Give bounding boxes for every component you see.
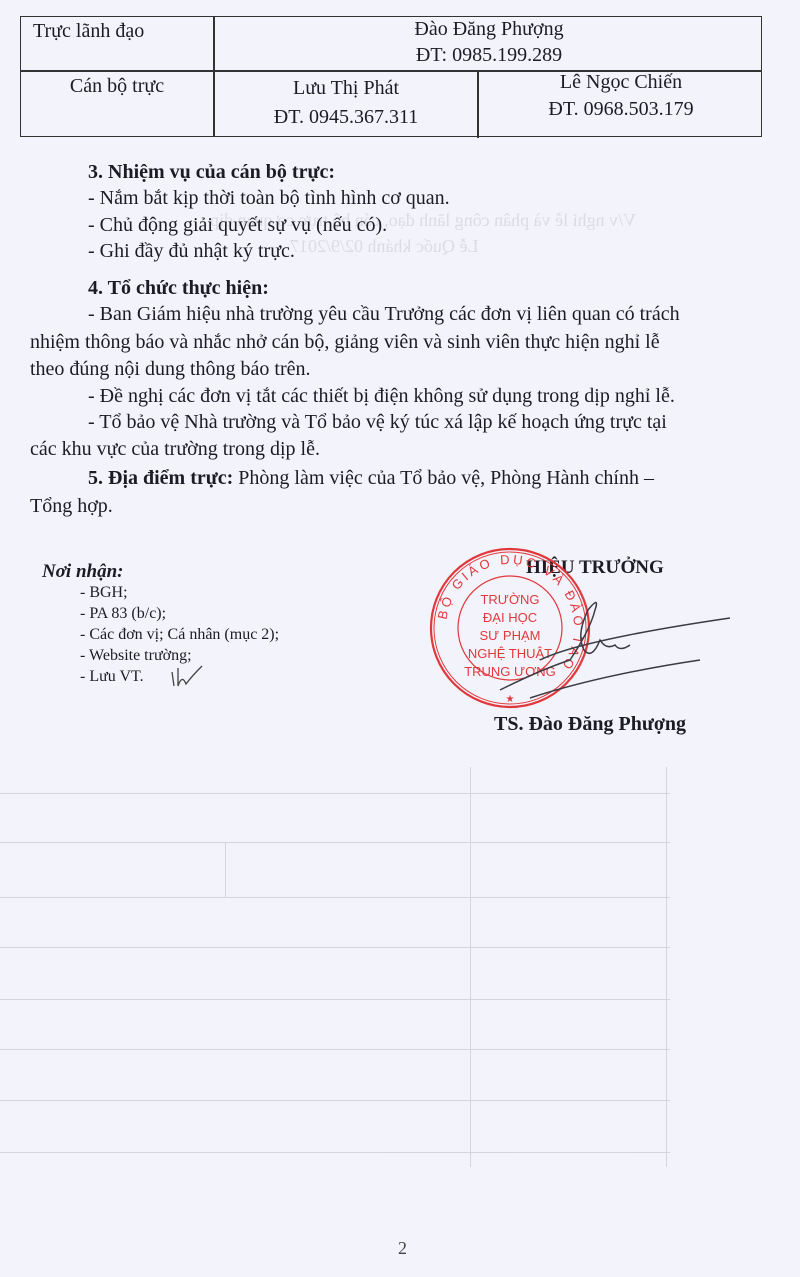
staff-name: Lưu Thị Phát [215,76,477,100]
list-item: - BGH; [80,582,279,603]
initials-mark [168,662,208,692]
recipients-title: Nơi nhận: [42,560,123,584]
staff-name: Lê Ngọc Chiến [479,70,763,94]
paragraph: theo đúng nội dung thông báo trên. [30,357,311,381]
leader-phone: ĐT: 0985.199.289 [215,43,763,67]
paragraph: nhiệm thông báo và nhắc nhở cán bộ, giản… [30,330,660,354]
section-5-text: Tổng hợp. [30,494,113,518]
list-item: - Ghi đầy đủ nhật ký trực. [88,239,295,263]
list-item: - Nắm bắt kịp thời toàn bộ tình hình cơ … [88,186,450,210]
bleed-through-text: Lễ Quốc khánh 02/9/2017 [290,236,478,257]
section-4-title: 4. Tổ chức thực hiện: [88,276,269,300]
staff-phone: ĐT. 0968.503.179 [479,97,763,121]
section-5-text: Phòng làm việc của Tổ bảo vệ, Phòng Hành… [233,467,654,489]
list-item: - Các đơn vị; Cá nhân (mục 2); [80,624,279,645]
paragraph: - Đề nghị các đơn vị tắt các thiết bị đi… [88,384,675,408]
paragraph: các khu vực của trường trong dịp lễ. [30,437,320,461]
list-item: - PA 83 (b/c); [80,603,279,624]
paragraph: - Ban Giám hiệu nhà trường yêu cầu Trưởn… [88,302,680,326]
signatory-name: TS. Đào Đăng Phượng [494,712,686,736]
section-3-title: 3. Nhiệm vụ của cán bộ trực: [88,160,335,184]
duty-table: Trực lãnh đạo Đào Đăng Phượng ĐT: 0985.1… [20,16,762,137]
leader-name: Đào Đăng Phượng [215,17,763,41]
bleed-through-table [0,767,670,1167]
section-5: 5. Địa điểm trực: Phòng làm việc của Tổ … [88,466,654,490]
paragraph: - Tổ bảo vệ Nhà trường và Tổ bảo vệ ký t… [88,410,667,434]
page-number: 2 [398,1238,407,1259]
table-row-label: Cán bộ trực [21,74,213,98]
list-item: - Chủ động giải quyết sự vụ (nếu có). [88,213,387,237]
staff-phone: ĐT. 0945.367.311 [215,105,477,129]
handwritten-signature [480,590,740,710]
section-5-title: 5. Địa điểm trực: [88,467,233,489]
table-row-label: Trực lãnh đạo [21,19,225,43]
